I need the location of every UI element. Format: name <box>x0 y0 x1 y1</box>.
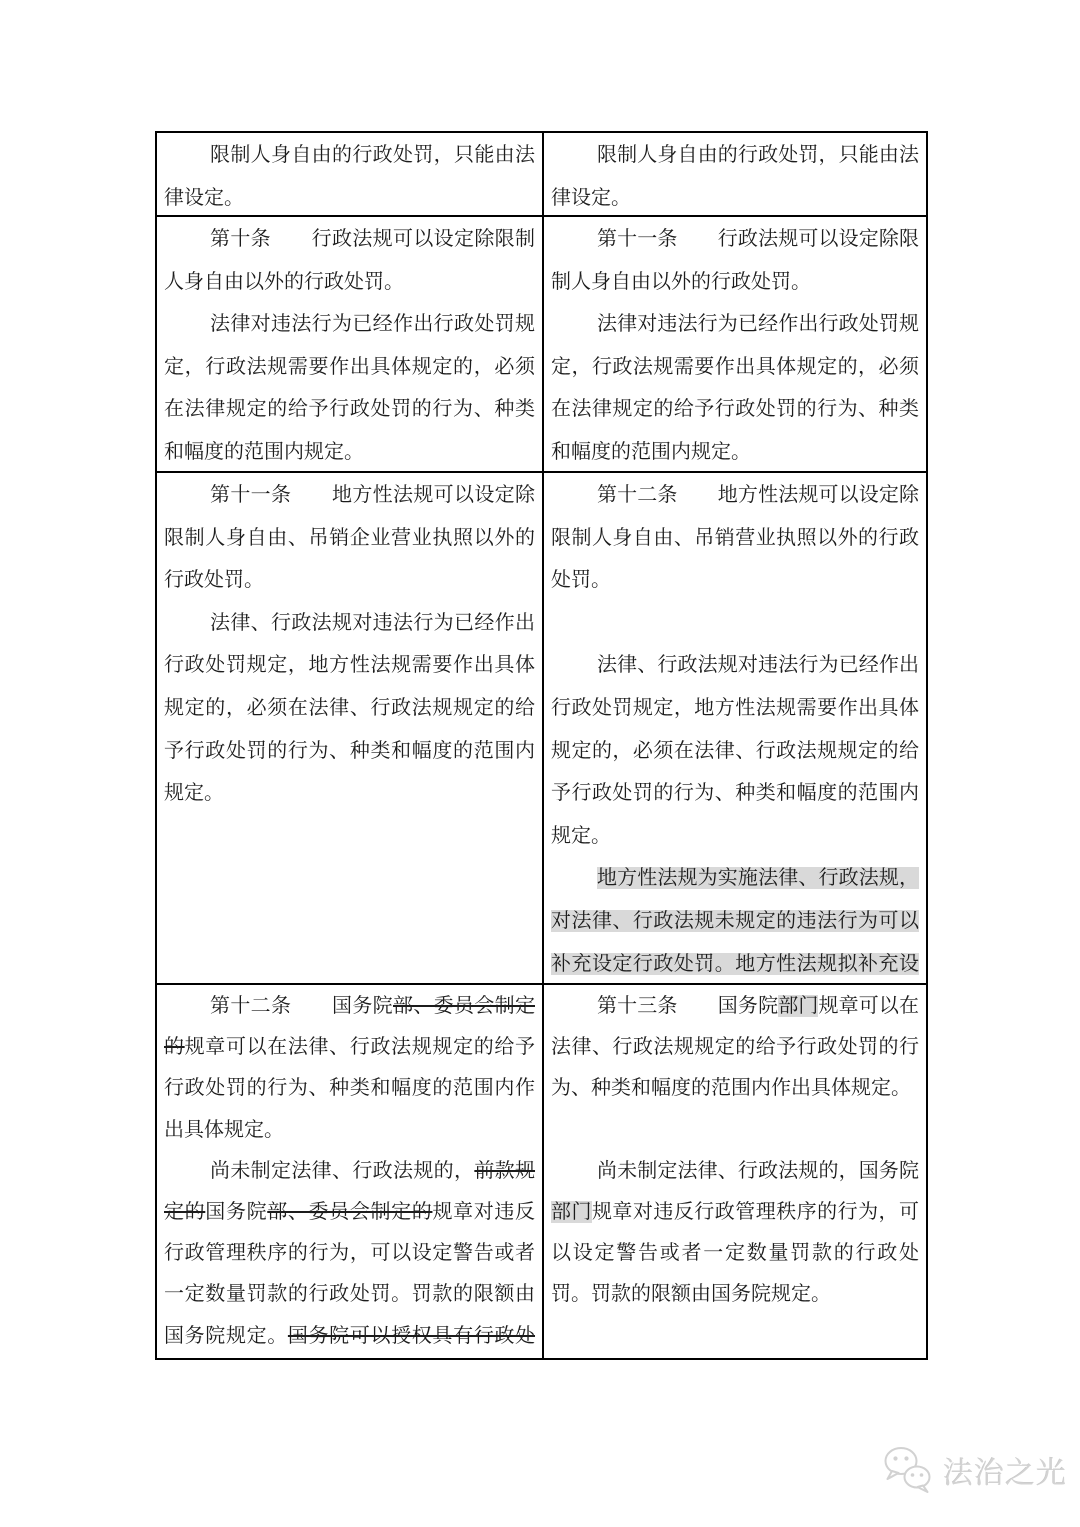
paragraph: 第十条 行政法规可以设定除限制人身自由以外的行政处罚。 <box>164 218 535 303</box>
text-segment: 尚未制定法律、行政法规的，国务院 <box>597 1160 919 1182</box>
text-segment: 限制人身自由的行政处罚，只能由法律设定。 <box>164 144 535 209</box>
paragraph: 法律对违法行为已经作出行政处罚规定，行政法规需要作出具体规定的，必须在法律规定的… <box>551 303 919 471</box>
paragraph: 尚未制定法律、行政法规的，前款规定的国务院部、委员会制定的规章对违反行政管理秩序… <box>164 1151 535 1358</box>
paragraph: 尚未制定法律、行政法规的，国务院部门规章对违反行政管理秩序的行为，可以设定警告或… <box>551 1151 919 1316</box>
paragraph: 限制人身自由的行政处罚，只能由法律设定。 <box>551 134 919 215</box>
text-segment: 法律、行政法规对违法行为已经作出行政处罚规定，地方性法规需要作出具体规定的，必须… <box>164 612 535 804</box>
text-segment: 法律对违法行为已经作出行政处罚规定，行政法规需要作出具体规定的，必须在法律规定的… <box>164 313 535 463</box>
text-segment: 第十二条 国务院 <box>210 995 393 1017</box>
cell-old-version: 第十条 行政法规可以设定除限制人身自由以外的行政处罚。法律对违法行为已经作出行政… <box>157 217 544 471</box>
paragraph: 法律、行政法规对违法行为已经作出行政处罚规定，地方性法规需要作出具体规定的，必须… <box>551 644 919 857</box>
cell-old-version: 第十二条 国务院部、委员会制定的规章可以在法律、行政法规规定的给予行政处罚的行为… <box>157 985 544 1358</box>
table-row: 第十一条 地方性法规可以设定除限制人身自由、吊销企业营业执照以外的行政处罚。法律… <box>157 473 926 985</box>
text-segment: 第十二条 地方性法规可以设定除限制人身自由、吊销营业执照以外的行政处罚。 <box>551 484 919 591</box>
cell-new-version: 限制人身自由的行政处罚，只能由法律设定。 <box>544 133 926 215</box>
text-segment: 第十一条 地方性法规可以设定除限制人身自由、吊销企业营业执照以外的行政处罚。 <box>164 484 535 591</box>
cell-new-version: 第十三条 国务院部门规章可以在法律、行政法规规定的给予行政处罚的行为、种类和幅度… <box>544 985 926 1358</box>
text-segment: 规章可以在法律、行政法规规定的给予行政处罚的行为、种类和幅度的范围内作出具体规定… <box>164 1036 535 1140</box>
table-row: 第十二条 国务院部、委员会制定的规章可以在法律、行政法规规定的给予行政处罚的行为… <box>157 985 926 1358</box>
paragraph: 第十二条 地方性法规可以设定除限制人身自由、吊销营业执照以外的行政处罚。 <box>551 474 919 602</box>
paragraph: 限制人身自由的行政处罚，只能由法律设定。 <box>164 134 535 215</box>
text-segment: 第十条 行政法规可以设定除限制人身自由以外的行政处罚。 <box>164 228 535 293</box>
inserted-text: 部门 <box>551 1201 592 1223</box>
cell-old-version: 第十一条 地方性法规可以设定除限制人身自由、吊销企业营业执照以外的行政处罚。法律… <box>157 473 544 983</box>
text-segment: 尚未制定法律、行政法规的， <box>210 1160 474 1182</box>
watermark-account-name: 法治之光 <box>943 1448 1067 1492</box>
table-row: 第十条 行政法规可以设定除限制人身自由以外的行政处罚。法律对违法行为已经作出行政… <box>157 217 926 473</box>
table-row: 限制人身自由的行政处罚，只能由法律设定。限制人身自由的行政处罚，只能由法律设定。 <box>157 133 926 217</box>
cell-new-version: 第十二条 地方性法规可以设定除限制人身自由、吊销营业执照以外的行政处罚。法律、行… <box>544 473 926 983</box>
text-segment: 第十一条 行政法规可以设定除限制人身自由以外的行政处罚。 <box>551 228 919 293</box>
inserted-text: 部门 <box>778 995 818 1017</box>
inserted-text: 地方性法规为实施法律、行政法规，对法律、行政法规未规定的违法行为可以补充设定行政… <box>551 867 919 983</box>
paragraph: 第十二条 国务院部、委员会制定的规章可以在法律、行政法规规定的给予行政处罚的行为… <box>164 986 535 1151</box>
paragraph: 法律对违法行为已经作出行政处罚规定，行政法规需要作出具体规定的，必须在法律规定的… <box>164 303 535 471</box>
text-segment: 第十三条 国务院 <box>597 995 778 1017</box>
paragraph: 第十三条 国务院部门规章可以在法律、行政法规规定的给予行政处罚的行为、种类和幅度… <box>551 986 919 1110</box>
deleted-text: 部、委员会制定的 <box>267 1201 432 1223</box>
cell-old-version: 限制人身自由的行政处罚，只能由法律设定。 <box>157 133 544 215</box>
paragraph: 法律、行政法规对违法行为已经作出行政处罚规定，地方性法规需要作出具体规定的，必须… <box>164 602 535 815</box>
watermark: 法治之光 <box>882 1443 1067 1497</box>
cell-new-version: 第十一条 行政法规可以设定除限制人身自由以外的行政处罚。法律对违法行为已经作出行… <box>544 217 926 471</box>
text-segment: 法律、行政法规对违法行为已经作出行政处罚规定，地方性法规需要作出具体规定的，必须… <box>551 654 919 846</box>
text-segment: 限制人身自由的行政处罚，只能由法律设定。 <box>551 144 919 209</box>
comparison-table: 限制人身自由的行政处罚，只能由法律设定。限制人身自由的行政处罚，只能由法律设定。… <box>155 131 928 1360</box>
text-segment: 国务院 <box>205 1201 267 1223</box>
paragraph: 地方性法规为实施法律、行政法规，对法律、行政法规未规定的违法行为可以补充设定行政… <box>551 857 919 983</box>
text-segment: 规章对违反行政管理秩序的行为，可以设定警告或者一定数量罚款的行政处罚。罚款的限额… <box>551 1201 919 1305</box>
wechat-icon <box>882 1444 934 1496</box>
paragraph: 第十一条 地方性法规可以设定除限制人身自由、吊销企业营业执照以外的行政处罚。 <box>164 474 535 602</box>
paragraph: 第十一条 行政法规可以设定除限制人身自由以外的行政处罚。 <box>551 218 919 303</box>
text-segment: 法律对违法行为已经作出行政处罚规定，行政法规需要作出具体规定的，必须在法律规定的… <box>551 313 919 463</box>
